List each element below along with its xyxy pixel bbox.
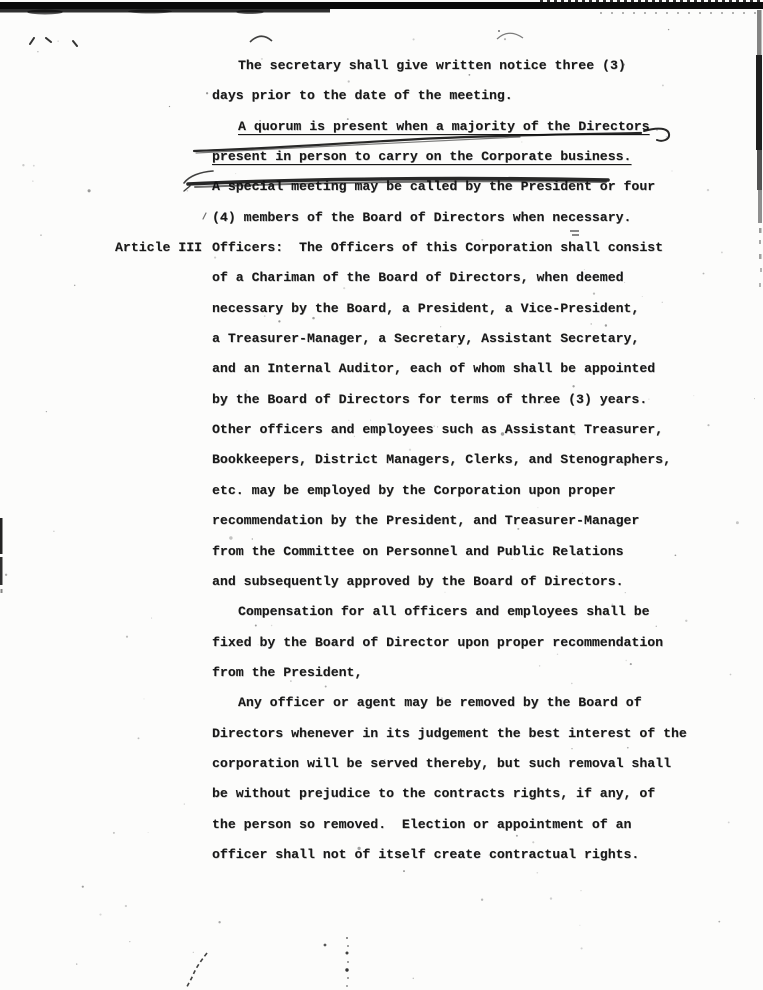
document-line: be without prejudice to the contracts ri… (0, 779, 763, 809)
document-line: Any officer or agent may be removed by t… (0, 688, 763, 718)
document-line: by the Board of Directors for terms of t… (0, 385, 763, 415)
document-line: A special meeting may be called by the P… (0, 172, 763, 202)
document-line: of a Chariman of the Board of Directors,… (0, 263, 763, 293)
document-line: (4) members of the Board of Directors wh… (0, 203, 763, 233)
document-line: etc. may be employed by the Corporation … (0, 476, 763, 506)
document-line: Bookkeepers, District Managers, Clerks, … (0, 445, 763, 475)
document-line-text: Officers: The Officers of this Corporati… (212, 240, 663, 255)
document-line-text: A quorum is present when a majority of t… (238, 119, 650, 134)
scanned-document-page: The secretary shall give written notice … (0, 0, 763, 990)
pen-arc-left (250, 36, 272, 42)
document-line-text: be without prejudice to the contracts ri… (212, 786, 655, 801)
document-line: The secretary shall give written notice … (0, 51, 763, 81)
document-line-text: necessary by the Board, a President, a V… (212, 301, 639, 316)
document-line: and an Internal Auditor, each of whom sh… (0, 354, 763, 384)
document-line-text: The secretary shall give written notice … (238, 58, 626, 73)
document-line-text: and an Internal Auditor, each of whom sh… (212, 361, 655, 376)
document-line: Directors whenever in its judgement the … (0, 719, 763, 749)
document-line-text: Bookkeepers, District Managers, Clerks, … (212, 452, 671, 467)
document-line-text: Any officer or agent may be removed by t… (238, 695, 642, 710)
document-line: Article IIIOfficers: The Officers of thi… (0, 233, 763, 263)
document-line: A quorum is present when a majority of t… (0, 112, 763, 142)
document-line: corporation will be served thereby, but … (0, 749, 763, 779)
document-line: and subsequently approved by the Board o… (0, 567, 763, 597)
document-line-text: recommendation by the President, and Tre… (212, 513, 639, 528)
scan-edge-top-bar (0, 1, 763, 15)
document-line-text: etc. may be employed by the Corporation … (212, 483, 616, 498)
document-body: The secretary shall give written notice … (0, 51, 763, 870)
document-line-text: from the Committee on Personnel and Publ… (212, 544, 624, 559)
document-line-text: present in person to carry on the Corpor… (212, 149, 631, 164)
document-line-text: A special meeting may be called by the P… (212, 179, 655, 194)
document-line-text: of a Chariman of the Board of Directors,… (212, 270, 624, 285)
document-line: days prior to the date of the meeting. (0, 81, 763, 111)
document-line: present in person to carry on the Corpor… (0, 142, 763, 172)
document-line: from the President, (0, 658, 763, 688)
document-line-text: by the Board of Directors for terms of t… (212, 392, 647, 407)
document-line: recommendation by the President, and Tre… (0, 506, 763, 536)
document-line-text: Compensation for all officers and employ… (238, 604, 650, 619)
document-line: Compensation for all officers and employ… (0, 597, 763, 627)
document-line-text: Other officers and employees such as Ass… (212, 422, 663, 437)
document-line-text: Directors whenever in its judgement the … (212, 726, 687, 741)
document-line-text: from the President, (212, 665, 362, 680)
document-line-text: a Treasurer-Manager, a Secretary, Assist… (212, 331, 639, 346)
document-line: officer shall not of itself create contr… (0, 840, 763, 870)
document-line-text: officer shall not of itself create contr… (212, 847, 639, 862)
bottom-squiggle (186, 953, 207, 989)
bottom-dot-trail (324, 937, 349, 987)
document-line-text: and subsequently approved by the Board o… (212, 574, 624, 589)
document-line-text: days prior to the date of the meeting. (212, 88, 513, 103)
document-line-text: (4) members of the Board of Directors wh… (212, 210, 631, 225)
document-line: a Treasurer-Manager, a Secretary, Assist… (0, 324, 763, 354)
document-line: necessary by the Board, a President, a V… (0, 294, 763, 324)
document-line-text: the person so removed. Election or appoi… (212, 817, 631, 832)
document-line: fixed by the Board of Director upon prop… (0, 628, 763, 658)
document-line: Other officers and employees such as Ass… (0, 415, 763, 445)
document-line: from the Committee on Personnel and Publ… (0, 537, 763, 567)
pen-arc-right (497, 30, 523, 39)
article-heading: Article III (115, 233, 202, 263)
document-line-text: fixed by the Board of Director upon prop… (212, 635, 663, 650)
document-line: the person so removed. Election or appoi… (0, 810, 763, 840)
document-line-text: corporation will be served thereby, but … (212, 756, 671, 771)
tick-marks-top-left (30, 38, 77, 46)
